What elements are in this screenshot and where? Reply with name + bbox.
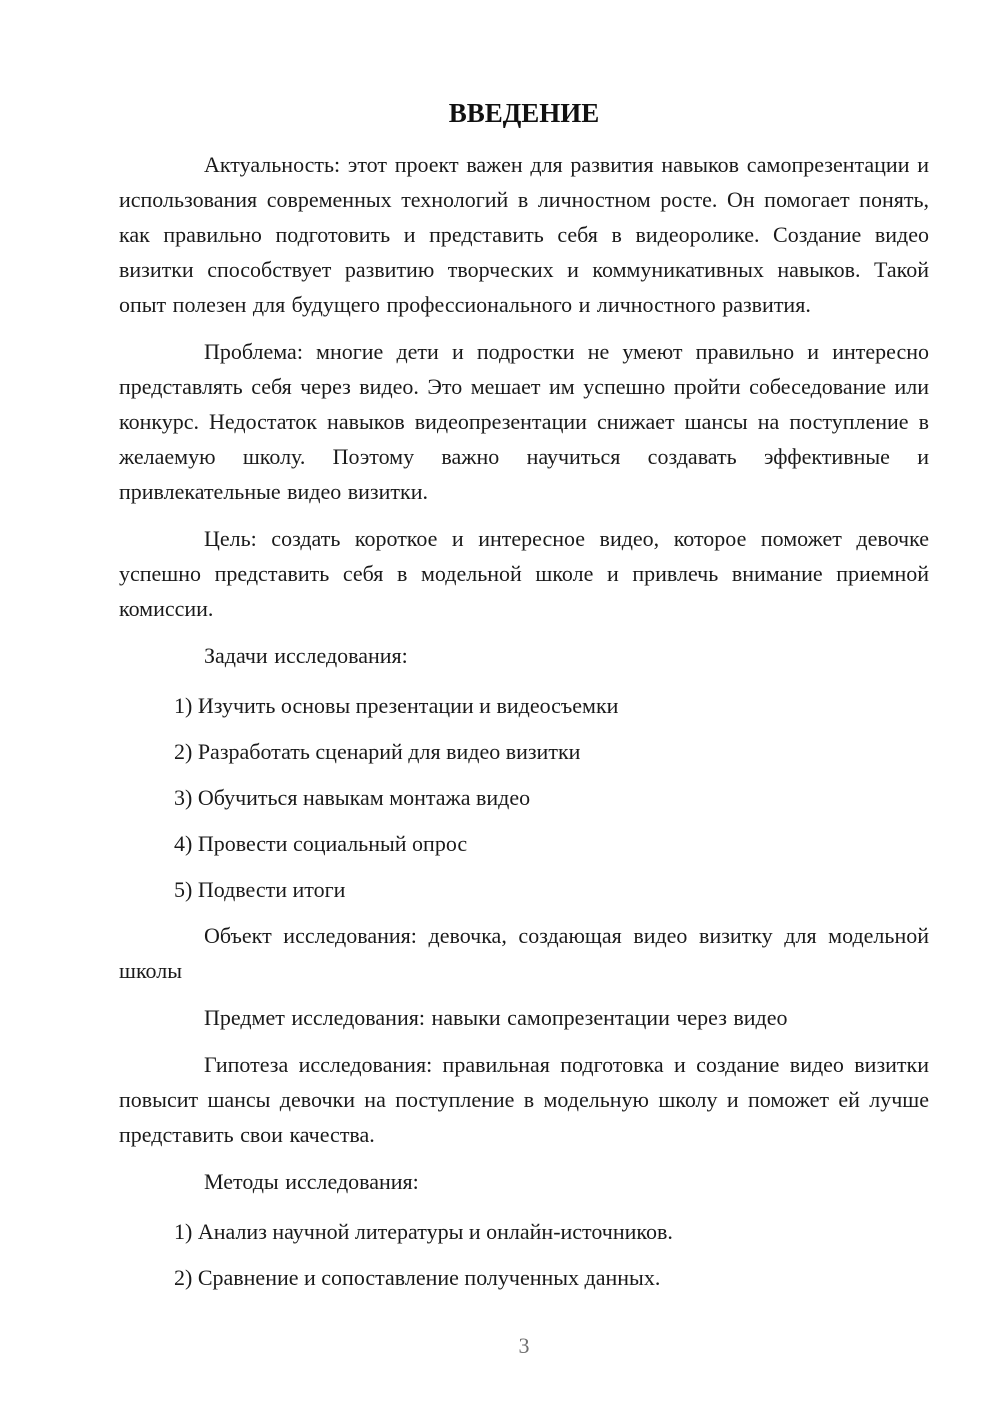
document-content: ВВЕДЕНИЕ Актуальность: этот проект важен… [119, 96, 929, 1306]
paragraph-relevance: Актуальность: этот проект важен для разв… [119, 147, 929, 322]
paragraph-hypothesis: Гипотеза исследования: правильная подгот… [119, 1047, 929, 1152]
tasks-heading: Задачи исследования: [119, 638, 929, 673]
list-item: 4) Провести социальный опрос [119, 826, 929, 861]
document-page: ВВЕДЕНИЕ Актуальность: этот проект важен… [0, 0, 1000, 1414]
paragraph-object: Объект исследования: девочка, создающая … [119, 918, 929, 988]
paragraph-goal: Цель: создать короткое и интересное виде… [119, 521, 929, 626]
methods-heading: Методы исследования: [119, 1164, 929, 1199]
list-item: 2) Разработать сценарий для видео визитк… [119, 734, 929, 769]
page-number: 3 [119, 1328, 929, 1363]
list-item: 1) Анализ научной литературы и онлайн-ис… [119, 1214, 929, 1249]
paragraph-problem: Проблема: многие дети и подростки не уме… [119, 334, 929, 509]
tasks-list: 1) Изучить основы презентации и видеосъе… [119, 688, 929, 907]
list-item: 5) Подвести итоги [119, 872, 929, 907]
methods-list: 1) Анализ научной литературы и онлайн-ис… [119, 1214, 929, 1295]
list-item: 2) Сравнение и сопоставление полученных … [119, 1260, 929, 1295]
paragraph-subject: Предмет исследования: навыки самопрезент… [119, 1000, 929, 1035]
page-title: ВВЕДЕНИЕ [119, 96, 929, 131]
list-item: 3) Обучиться навыкам монтажа видео [119, 780, 929, 815]
list-item: 1) Изучить основы презентации и видеосъе… [119, 688, 929, 723]
